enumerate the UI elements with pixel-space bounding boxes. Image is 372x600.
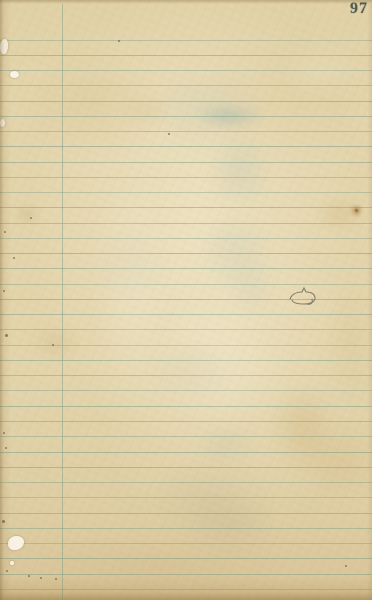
dark-speck bbox=[118, 40, 120, 42]
dark-speck bbox=[6, 570, 8, 572]
page-number: 97 bbox=[350, 0, 368, 18]
dark-speck bbox=[5, 447, 7, 449]
dark-speck bbox=[52, 344, 54, 346]
white-damage-chip bbox=[10, 561, 14, 565]
dark-speck bbox=[5, 334, 8, 337]
scanned-ledger-page: 97 bbox=[0, 0, 372, 600]
dark-speck bbox=[28, 575, 30, 577]
white-damage-chip bbox=[10, 71, 19, 78]
dark-speck bbox=[3, 290, 5, 292]
dark-speck bbox=[2, 520, 5, 523]
dark-speck bbox=[3, 432, 5, 434]
pencil-scribble-mark bbox=[284, 285, 320, 311]
dark-speck bbox=[40, 577, 42, 579]
white-damage-chip bbox=[0, 119, 5, 127]
dark-speck bbox=[13, 257, 15, 259]
dark-speck bbox=[4, 231, 6, 233]
dark-speck bbox=[30, 217, 32, 219]
dark-speck bbox=[168, 133, 170, 135]
dark-speck bbox=[345, 565, 347, 567]
dark-speck bbox=[55, 578, 57, 580]
